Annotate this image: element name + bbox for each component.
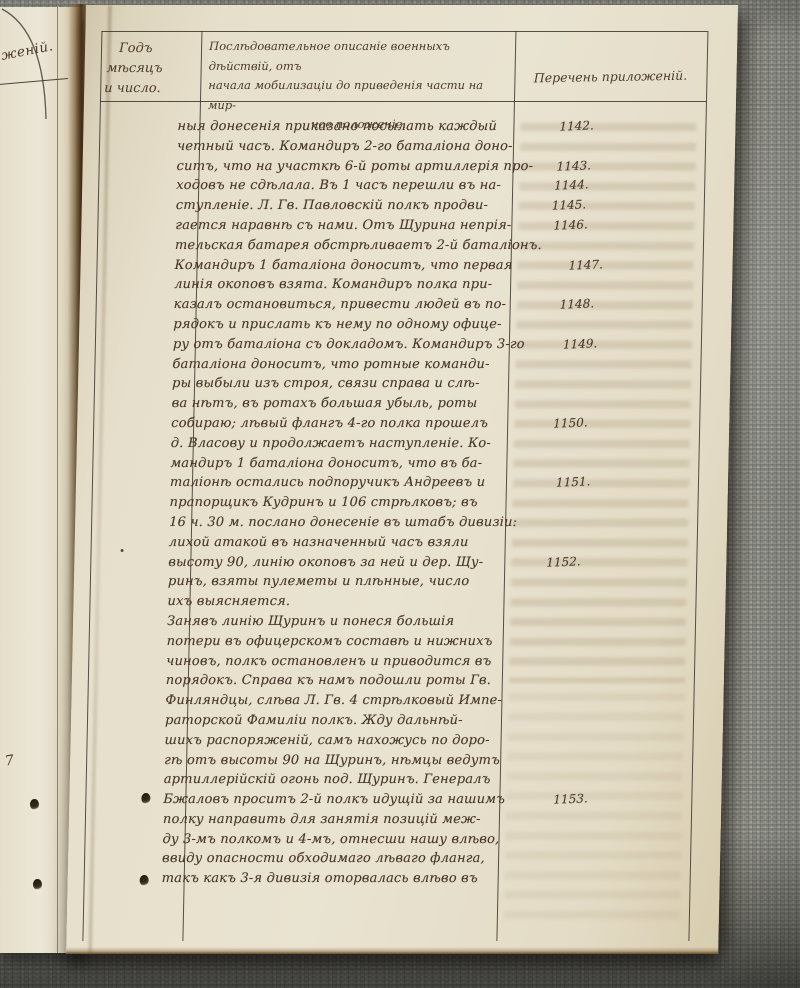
manuscript-line: потери въ офицерскомъ составѣ и нижнихъ (166, 632, 502, 652)
manuscript-line: ихъ выясняется. (167, 592, 503, 612)
manuscript-line: ва нѣтъ, въ ротахъ большая убыль, роты (171, 394, 507, 414)
appendix-number: 1144. (554, 178, 589, 193)
appendix-number: 1143. (557, 158, 592, 173)
previous-page-corner-line (0, 7, 60, 137)
appendix-column-header: Перечень приложеній. (518, 67, 702, 85)
date-column-header: Годъ мѣсяцъ и число. (104, 39, 199, 99)
appendix-number: 1149. (563, 336, 598, 351)
ink-speck (121, 549, 124, 552)
manuscript-line: гается наравнѣ съ нами. Отъ Щурина непрі… (175, 216, 511, 236)
manuscript-line: ры выбыли изъ строя, связи справа и слѣ- (172, 374, 508, 394)
manuscript-page: Годъ мѣсяцъ и число. Послѣдовательное оп… (66, 5, 738, 954)
manuscript-line: ситъ, что на участкѣ 6-й роты артиллерія… (176, 157, 512, 177)
manuscript-line: высоту 90, линію окоповъ за ней и дер. Щ… (168, 553, 504, 573)
previous-page-number-fragment: 7 (4, 752, 15, 769)
manuscript-line: чиновъ, полкъ остановленъ и приводится в… (166, 652, 502, 672)
manuscript-line: Занявъ линію Щуринъ и понеся большія (167, 612, 503, 632)
manuscript-line: ру отъ баталіона съ докладомъ. Командиръ… (173, 335, 509, 355)
appendix-number: 1146. (553, 217, 588, 232)
manuscript-line: ступленіе. Л. Гв. Павловскій полкъ продв… (176, 196, 512, 216)
manuscript-line: прапорщикъ Кудринъ и 106 стрѣлковъ; въ (169, 493, 505, 513)
manuscript-text: ныя донесенія приказано посылать каждыйч… (161, 117, 513, 889)
description-header-line: Послѣдовательное описаніе военныхъ дѣйст… (209, 37, 512, 76)
appendix-number: 1142. (559, 118, 594, 133)
appendix-number: 1145. (552, 198, 587, 213)
manuscript-line: порядокъ. Справа къ намъ подошли роты Гв… (166, 671, 502, 691)
binding-hole (141, 793, 150, 804)
manuscript-line: артиллерійскій огонь под. Щуринъ. Генера… (164, 770, 500, 790)
bleed-through-text (504, 693, 685, 923)
manuscript-line: д. Власову и продолжаетъ наступленіе. Ко… (171, 434, 507, 454)
date-header-line: и число. (104, 79, 198, 99)
manuscript-line: казалъ остановиться, привести людей въ п… (174, 295, 510, 315)
description-header-line: начала мобилизаціи до приведенія части н… (208, 76, 511, 115)
manuscript-line: рядокъ и прислать къ нему по одному офиц… (173, 315, 509, 335)
appendix-number: 1148. (560, 297, 595, 312)
manuscript-line: такъ какъ 3-я дивизія оторвалась влѣво в… (161, 869, 497, 889)
manuscript-line: линія окоповъ взята. Командиръ полка при… (174, 275, 510, 295)
appendix-number: 1150. (553, 415, 588, 430)
manuscript-line: четный часъ. Командиръ 2-го баталіона до… (177, 137, 513, 157)
manuscript-line: баталіона доноситъ, что ротные команди- (172, 355, 508, 375)
date-header-line: мѣсяцъ (104, 59, 198, 79)
binding-hole (33, 879, 42, 890)
manuscript-line: шихъ распоряженій, самъ нахожусь по доро… (164, 731, 500, 751)
manuscript-line: ныя донесенія приказано посылать каждый (177, 117, 513, 137)
manuscript-line: ходовъ не сдѣлала. Въ 1 часъ перешли въ … (176, 176, 512, 196)
manuscript-line: таліонѣ остались подпоручикъ Андреевъ и (170, 473, 506, 493)
manuscript-line: полку направить для занятія позицій меж- (163, 810, 499, 830)
manuscript-line: мандиръ 1 баталіона доноситъ, что въ ба- (170, 454, 506, 474)
binding-hole (30, 799, 39, 810)
appendix-number: 1151. (556, 475, 591, 490)
table-top-rule (101, 31, 707, 32)
manuscript-line: тельская батарея обстрѣливаетъ 2-й батал… (175, 236, 511, 256)
manuscript-line: раторской Фамиліи полкъ. Жду дальнѣй- (165, 711, 501, 731)
appendix-number: 1152. (546, 554, 581, 569)
bleed-through-text (509, 123, 697, 683)
manuscript-line: ду 3-мъ полкомъ и 4-мъ, отнесши нашу влѣ… (162, 830, 498, 850)
appendix-number: 1147. (568, 257, 603, 272)
manuscript-line: собираю; лѣвый флангъ 4-го полка прошелъ (171, 414, 507, 434)
manuscript-line: Финляндцы, слѣва Л. Гв. 4 стрѣлковый Имп… (165, 691, 501, 711)
manuscript-line: Бжаловъ проситъ 2-й полкъ идущій за наши… (163, 790, 499, 810)
date-header-line: Годъ (105, 39, 199, 59)
manuscript-line: гѣ отъ высоты 90 на Щуринъ, нѣмцы ведутъ (164, 751, 500, 771)
binding-hole (140, 875, 149, 886)
appendix-number: 1153. (553, 792, 588, 807)
manuscript-line: ввиду опасности обходимаго лѣваго фланга… (162, 849, 498, 869)
manuscript-line: лихой атакой въ назначенный часъ взяли (169, 533, 505, 553)
previous-page-fold-line (57, 7, 58, 953)
manuscript-line: 16 ч. 30 м. послано донесеніе въ штабъ д… (169, 513, 505, 533)
manuscript-line: ринъ, взяты пулеметы и плѣнные, число (168, 572, 504, 592)
manuscript-line: Командиръ 1 баталіона доноситъ, что перв… (174, 256, 510, 276)
